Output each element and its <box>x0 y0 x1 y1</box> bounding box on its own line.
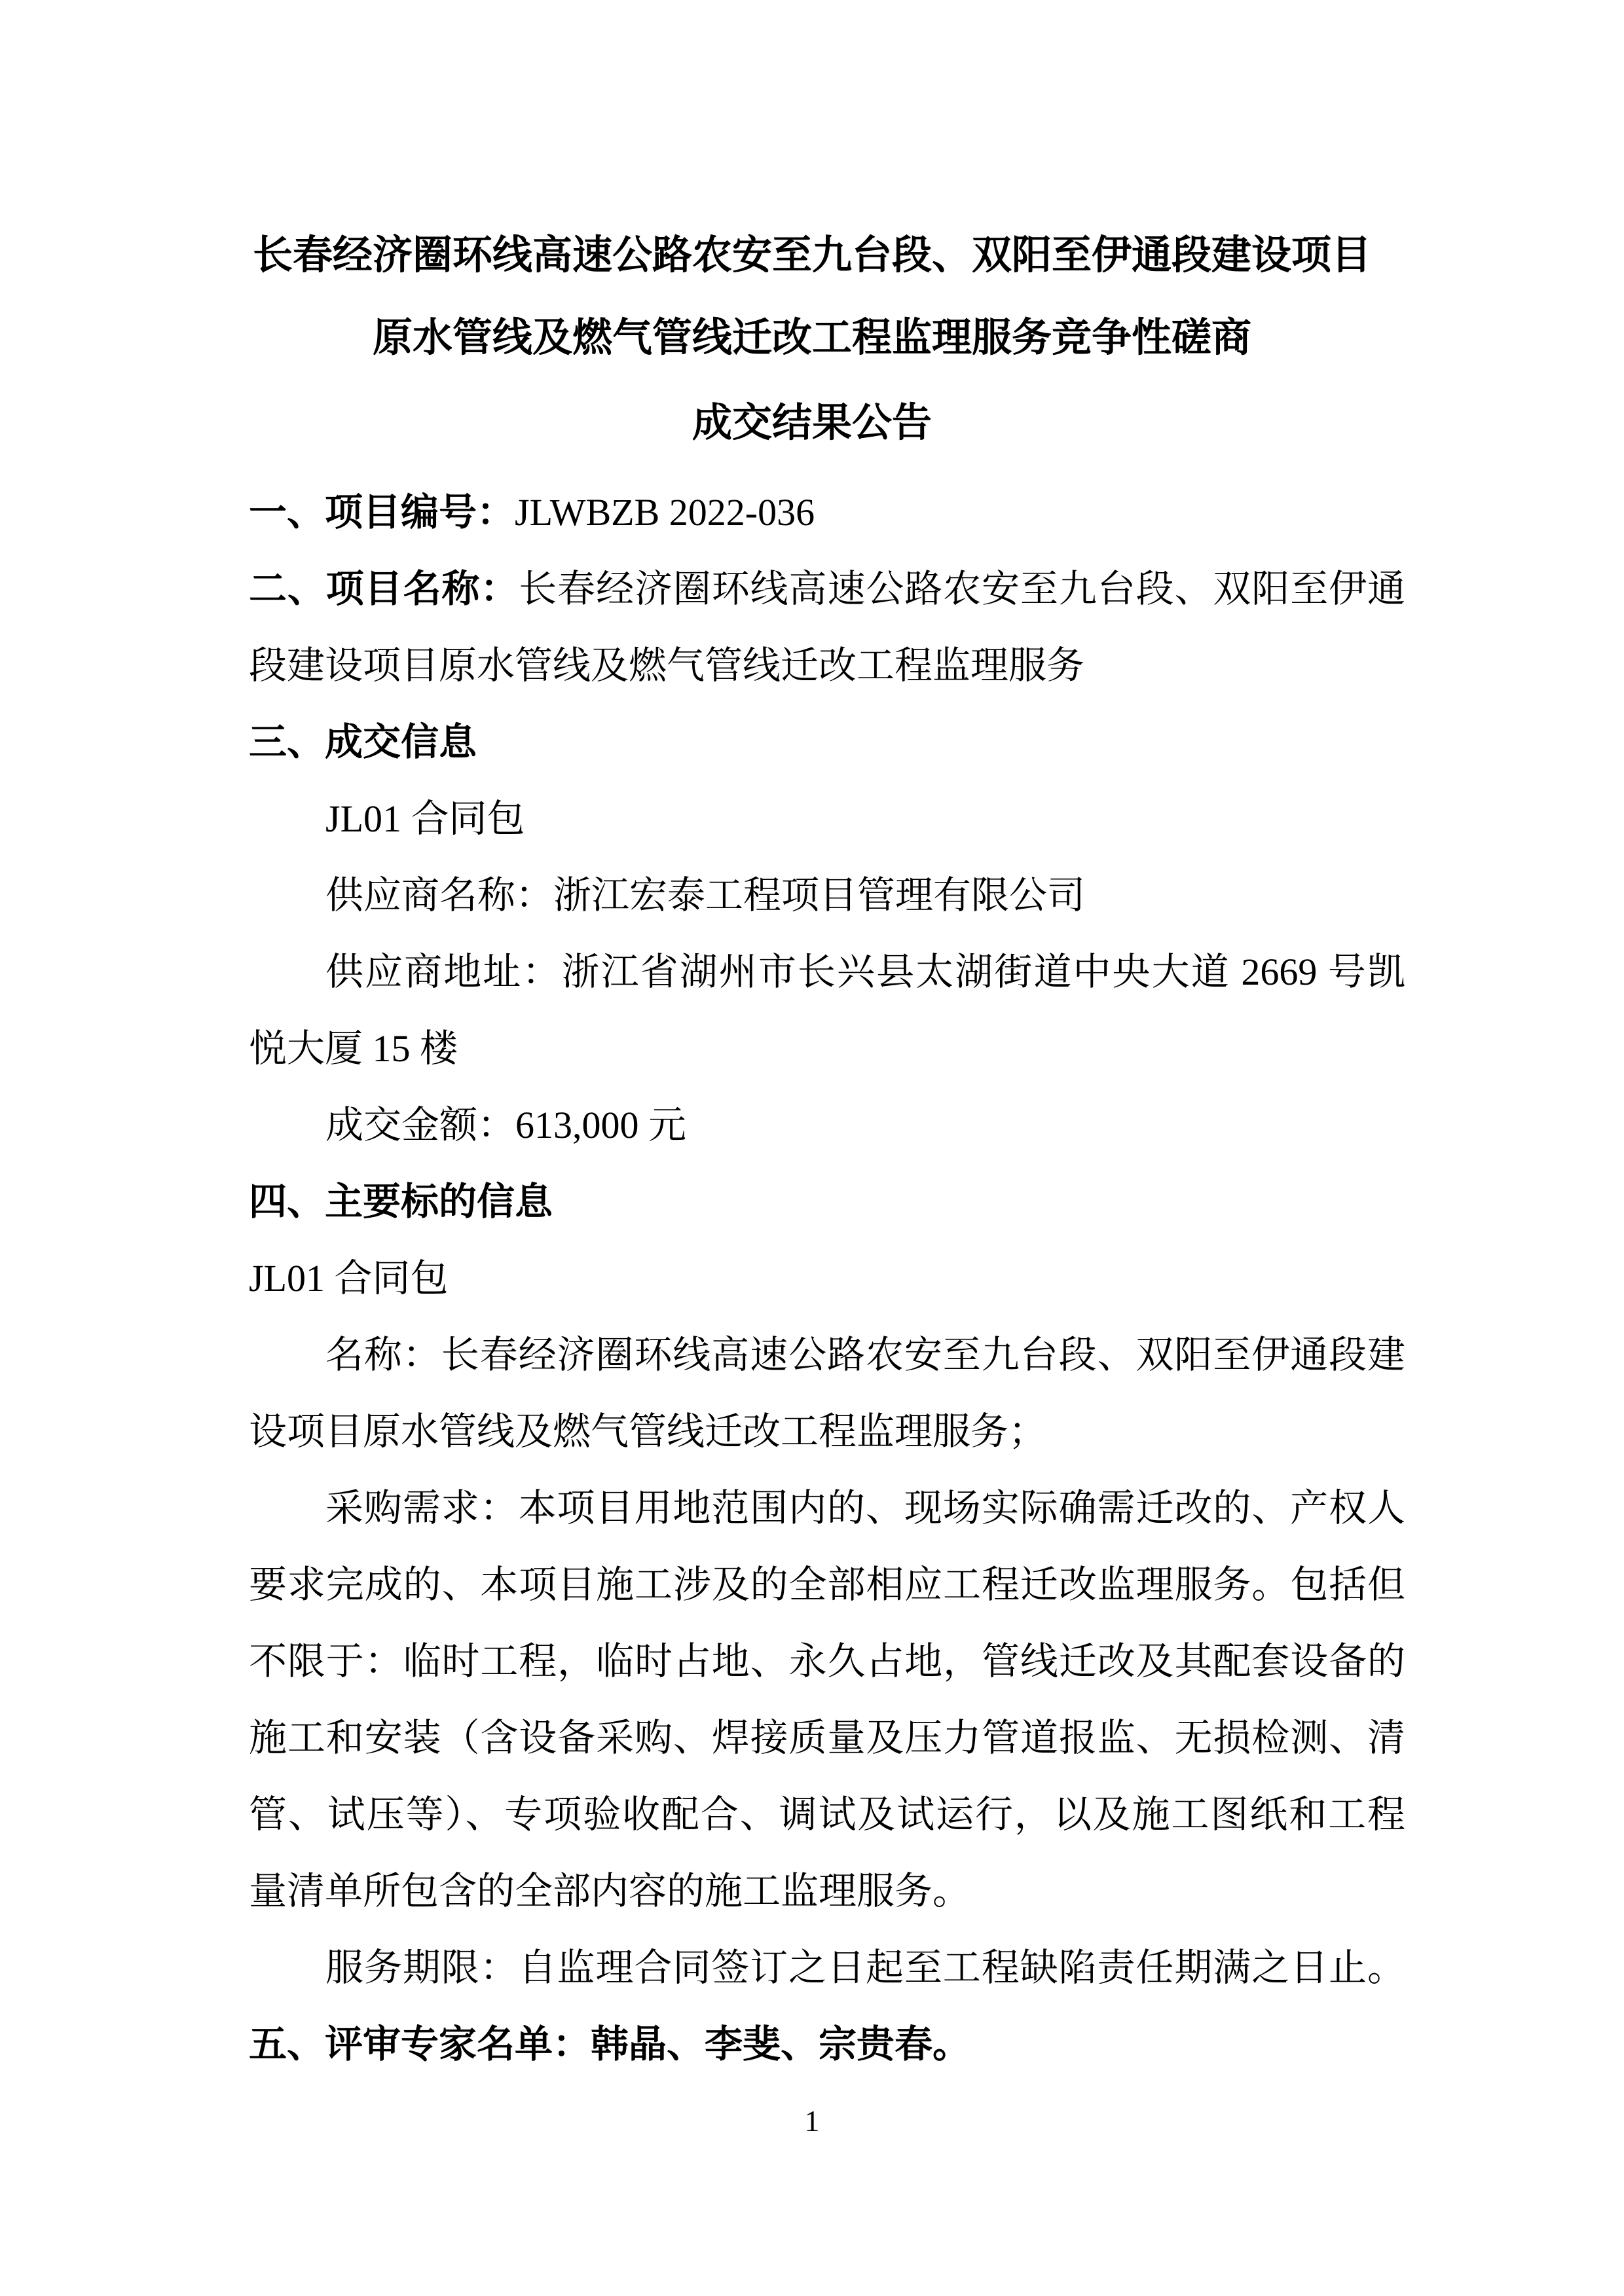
subject-info-heading: 四、主要标的信息 <box>249 1178 1405 1226</box>
supplier-address-line-1: 供应商地址：浙江省湖州市长兴县太湖街道中央大道 2669 号凯 <box>249 948 1405 996</box>
page-number: 1 <box>0 2103 1624 2140</box>
requirement-line-2: 要求完成的、本项目施工涉及的全部相应工程迁改监理服务。包括但 <box>249 1561 1405 1609</box>
subject-name-line-1: 名称：长春经济圈环线高速公路农安至九台段、双阳至伊通段建 <box>249 1331 1405 1379</box>
supplier-name-line: 供应商名称：浙江宏泰工程项目管理有限公司 <box>249 871 1405 920</box>
requirement-line-6: 量清单所包含的全部内容的施工监理服务。 <box>249 1867 1405 1916</box>
project-name-value-part-1: 长春经济圈环线高速公路农安至九台段、双阳至伊通 <box>519 568 1405 610</box>
document-title-line-1: 长春经济圈环线高速公路农安至九台段、双阳至伊通段建设项目 <box>0 230 1624 282</box>
project-number-label: 一、项目编号： <box>249 491 515 534</box>
experts-line: 五、评审专家名单：韩晶、李斐、宗贵春。 <box>249 2020 1405 2069</box>
project-name-label: 二、项目名称： <box>249 568 519 610</box>
requirement-line-1: 采购需求：本项目用地范围内的、现场实际确需迁改的、产权人 <box>249 1484 1405 1533</box>
project-number-line: 一、项目编号：JLWBZB 2022-036 <box>249 488 1405 537</box>
deal-info-heading: 三、成交信息 <box>249 718 1405 767</box>
supplier-address-line-2: 悦大厦 15 楼 <box>249 1025 1405 1073</box>
deal-package-line: JL01 合同包 <box>249 795 1405 843</box>
deal-amount-line: 成交金额：613,000 元 <box>249 1101 1405 1150</box>
subject-package-line: JL01 合同包 <box>249 1254 1405 1303</box>
subject-name-line-2: 设项目原水管线及燃气管线迁改工程监理服务； <box>249 1408 1405 1456</box>
requirement-line-4: 施工和安装（含设备采购、焊接质量及压力管道报监、无损检测、清 <box>249 1714 1405 1762</box>
project-number-value: JLWBZB 2022-036 <box>515 491 815 534</box>
announcement-page: 长春经济圈环线高速公路农安至九台段、双阳至伊通段建设项目 原水管线及燃气管线迁改… <box>0 0 1624 2296</box>
service-period-line: 服务期限：自监理合同签订之日起至工程缺陷责任期满之日止。 <box>249 1944 1405 1992</box>
requirement-line-5: 管、试压等）、专项验收配合、调试及试运行，以及施工图纸和工程 <box>249 1791 1405 1839</box>
document-title-line-2: 原水管线及燃气管线迁改工程监理服务竞争性磋商 <box>0 313 1624 364</box>
project-name-line-2: 段建设项目原水管线及燃气管线迁改工程监理服务 <box>249 642 1405 690</box>
project-name-line-1: 二、项目名称：长春经济圈环线高速公路农安至九台段、双阳至伊通 <box>249 565 1405 613</box>
document-title-line-3: 成交结果公告 <box>0 398 1624 449</box>
requirement-line-3: 不限于：临时工程，临时占地、永久占地，管线迁改及其配套设备的 <box>249 1637 1405 1686</box>
